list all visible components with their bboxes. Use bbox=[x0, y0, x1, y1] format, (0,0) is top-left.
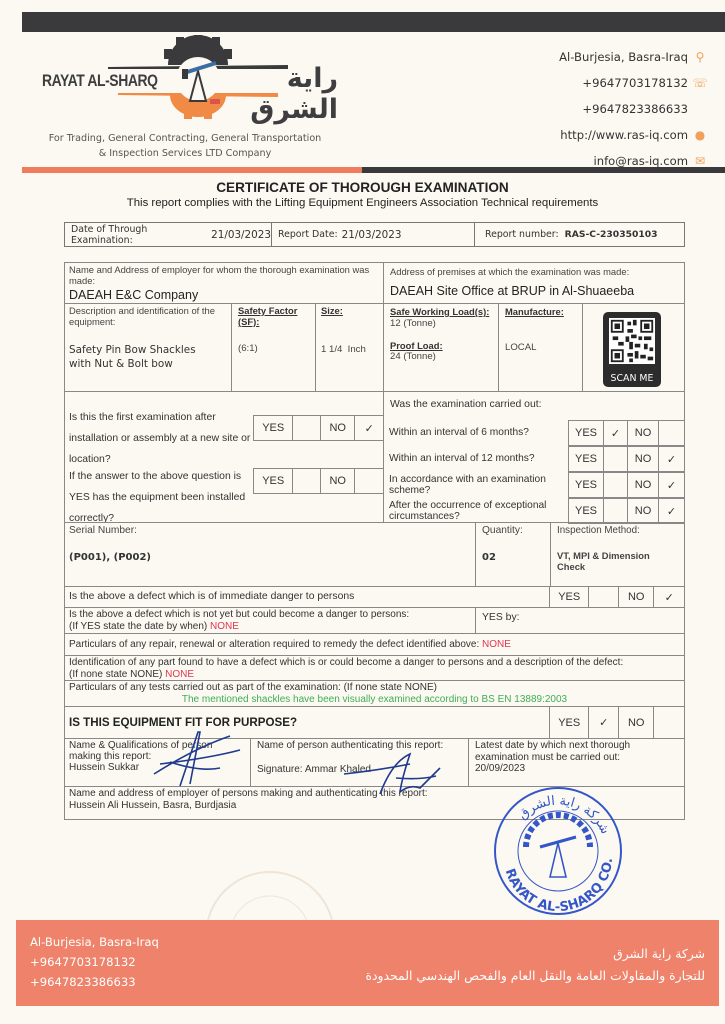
no-checkbox[interactable] bbox=[355, 469, 383, 493]
tests-row: Particulars of any tests carried out as … bbox=[64, 680, 685, 707]
no-label: NO bbox=[619, 707, 654, 738]
future-danger-value: NONE bbox=[210, 621, 239, 632]
certificate-subtitle: This report complies with the Lifting Eq… bbox=[0, 197, 725, 209]
phone-icon: ☏ bbox=[693, 76, 707, 90]
carried-out-question: In accordance with an examination scheme… bbox=[389, 472, 567, 498]
svg-text:RAYAT AL-SHARQ CO.: RAYAT AL-SHARQ CO. bbox=[502, 858, 616, 916]
no-label: NO bbox=[628, 473, 659, 497]
fit-for-purpose-answer: YES✓NO bbox=[549, 706, 685, 739]
immediate-danger-answer: YESNO✓ bbox=[549, 586, 685, 608]
yes-checkbox[interactable] bbox=[293, 416, 321, 440]
yes-label: YES bbox=[254, 416, 293, 440]
no-label: NO bbox=[619, 587, 654, 607]
safety-factor-cell: Safety Factor (SF): (6:1) bbox=[231, 303, 316, 392]
yes-checkbox[interactable] bbox=[604, 447, 628, 471]
yes-label: YES bbox=[569, 473, 604, 497]
contact-phone-1[interactable]: +9647703178132 bbox=[582, 76, 688, 90]
contact-address: Al-Burjesia, Basra-Iraq bbox=[559, 50, 688, 64]
top-bar bbox=[22, 12, 725, 32]
no-label: NO bbox=[628, 499, 659, 523]
footer-phone-2[interactable]: +9647823386633 bbox=[30, 972, 159, 992]
yes-checkbox[interactable] bbox=[604, 473, 628, 497]
yes-label: YES bbox=[569, 499, 604, 523]
contact-website[interactable]: http://www.ras-iq.com bbox=[560, 128, 688, 142]
description-value: Safety Pin Bow Shackles with Nut & Bolt … bbox=[65, 329, 215, 371]
certificate-title: CERTIFICATE OF THOROUGH EXAMINATION bbox=[0, 180, 725, 195]
signature-authenticator-icon bbox=[340, 748, 450, 798]
footer-address: Al-Burjesia, Basra-Iraq bbox=[30, 932, 159, 952]
scan-me-label: SCAN ME bbox=[603, 373, 661, 384]
next-exam-cell: Latest date by which next thorough exami… bbox=[468, 738, 685, 787]
serial-value: (P001), (P002) bbox=[69, 552, 151, 563]
yes-checkbox[interactable]: ✓ bbox=[589, 707, 619, 738]
report-date-cell: Report Date: 21/03/2023 bbox=[272, 223, 475, 246]
contact-email[interactable]: info@ras-iq.com bbox=[594, 154, 688, 168]
employer-cell: Name and Address of employer for whom th… bbox=[64, 262, 384, 304]
globe-icon: ● bbox=[693, 128, 707, 142]
signature-maker-icon bbox=[140, 728, 250, 790]
tagline-line-1: For Trading, General Contracting, Genera… bbox=[20, 131, 350, 146]
carried-out-question: Within an interval of 6 months? bbox=[389, 420, 567, 446]
employer-of-persons-value: Hussein Ali Hussein, Basra, Burdjasia bbox=[69, 800, 428, 812]
employer-value: DAEAH E&C Company bbox=[65, 288, 383, 302]
swl-value: 12 (Tonne) bbox=[384, 318, 498, 329]
repair-row: Particulars of any repair, renewal or al… bbox=[64, 633, 685, 656]
carried-out-question: After the occurrence of exceptional circ… bbox=[389, 498, 567, 524]
carried-out-question: Within an interval of 12 months? bbox=[389, 446, 567, 472]
envelope-icon: ✉ bbox=[693, 154, 707, 168]
footer-arabic-tagline: للتجارة والمقاولات العامة والنقل العام و… bbox=[366, 965, 705, 987]
logo-text-en: RAYAT AL-SHARQ bbox=[42, 71, 158, 91]
installed-correctly-answer: YESNO bbox=[253, 468, 384, 494]
no-checkbox[interactable] bbox=[654, 707, 684, 738]
no-label: NO bbox=[628, 421, 659, 445]
carried-out-answer: YESNO✓ bbox=[568, 446, 685, 472]
first-exam-cell: Is this the first examination after inst… bbox=[64, 391, 384, 523]
yes-checkbox[interactable] bbox=[293, 469, 321, 493]
future-danger-cell: Is the above a defect which is not yet b… bbox=[64, 607, 476, 634]
premises-value: DAEAH Site Office at BRUP in Al-Shuaeeba bbox=[384, 282, 684, 300]
load-cell: Safe Working Load(s): 12 (Tonne) Proof L… bbox=[383, 303, 499, 392]
no-checkbox[interactable]: ✓ bbox=[355, 416, 383, 440]
installed-correctly-question: If the answer to the above question is Y… bbox=[69, 466, 255, 529]
yes-label: YES bbox=[550, 587, 589, 607]
first-exam-answer: YESNO✓ bbox=[253, 415, 384, 441]
yes-label: YES bbox=[550, 707, 589, 738]
proof-load-value: 24 (Tonne) bbox=[384, 351, 498, 362]
carried-out-answer: YESNO✓ bbox=[568, 498, 685, 524]
part-defect-value: NONE bbox=[165, 669, 194, 680]
yes-by-cell: YES by: bbox=[475, 607, 685, 634]
no-checkbox[interactable]: ✓ bbox=[659, 473, 684, 497]
qr-code[interactable]: SCAN ME bbox=[603, 312, 661, 387]
no-checkbox[interactable]: ✓ bbox=[659, 499, 684, 523]
company-tagline: For Trading, General Contracting, Genera… bbox=[20, 131, 350, 161]
no-label: NO bbox=[321, 469, 355, 493]
size-value: 1 1/4 Inch bbox=[316, 319, 383, 355]
exam-date: 21/03/2023 bbox=[211, 229, 271, 241]
report-date: 21/03/2023 bbox=[342, 229, 402, 241]
repair-value: NONE bbox=[482, 639, 511, 650]
footer-arabic: شركة راية الشرق للتجارة والمقاولات العام… bbox=[366, 943, 705, 987]
next-exam-date: 20/09/2023 bbox=[475, 763, 630, 775]
manufacture-value: LOCAL bbox=[499, 321, 582, 353]
logo-text-ar: راية الشرق bbox=[226, 63, 338, 125]
no-label: NO bbox=[321, 416, 355, 440]
yes-checkbox[interactable] bbox=[589, 587, 619, 607]
divider-dark bbox=[362, 167, 725, 173]
footer-arabic-name: شركة راية الشرق bbox=[366, 943, 705, 965]
location-pin-icon: ⚲ bbox=[693, 50, 707, 64]
no-label: NO bbox=[628, 447, 659, 471]
size-cell: Size: 1 1/4 Inch bbox=[315, 303, 384, 392]
report-info-box: Date of Through Examination: 21/03/2023 … bbox=[64, 222, 685, 247]
tagline-line-2: & Inspection Services LTD Company bbox=[20, 146, 350, 161]
footer-contact: Al-Burjesia, Basra-Iraq +9647703178132 +… bbox=[30, 932, 159, 992]
no-checkbox[interactable]: ✓ bbox=[659, 447, 684, 471]
quantity-value: 02 bbox=[482, 552, 496, 563]
company-stamp: RAYAT AL-SHARQ CO. شركة راية الشرق bbox=[490, 785, 626, 917]
serial-cell: Serial Number: (P001), (P002) bbox=[64, 522, 476, 587]
yes-checkbox[interactable] bbox=[604, 499, 628, 523]
yes-label: YES bbox=[254, 469, 293, 493]
tests-value: The mentioned shackles have been visuall… bbox=[65, 694, 684, 705]
quantity-cell: Quantity: 02 bbox=[475, 522, 551, 587]
footer-phone-1[interactable]: +9647703178132 bbox=[30, 952, 159, 972]
report-number-cell: Report number: RAS-C-230350103 bbox=[475, 223, 684, 246]
part-defect-row: Identification of any part found to have… bbox=[64, 655, 685, 681]
contact-block: Al-Burjesia, Basra-Iraq⚲ +9647703178132☏… bbox=[559, 44, 707, 174]
carried-out-answer: YESNO✓ bbox=[568, 472, 685, 498]
premises-cell: Address of premises at which the examina… bbox=[383, 262, 685, 304]
company-logo: RAYAT AL-SHARQ راية الشرق bbox=[38, 35, 338, 120]
contact-phone-2[interactable]: +9647823386633 bbox=[582, 102, 688, 116]
yes-label: YES bbox=[569, 421, 604, 445]
yes-label: YES bbox=[569, 447, 604, 471]
no-checkbox[interactable] bbox=[659, 421, 684, 445]
manufacture-cell: Manufacture: LOCAL bbox=[498, 303, 583, 392]
description-cell: Description and identification of the eq… bbox=[64, 303, 232, 392]
first-exam-question: Is this the first examination after inst… bbox=[69, 407, 251, 470]
exam-date-cell: Date of Through Examination: 21/03/2023 bbox=[65, 223, 272, 246]
carried-out-answer: YES✓NO bbox=[568, 420, 685, 446]
inspection-method-value: VT, MPI & Dimension Check bbox=[557, 550, 677, 572]
no-checkbox[interactable]: ✓ bbox=[654, 587, 684, 607]
inspection-method-cell: Inspection Method: VT, MPI & Dimension C… bbox=[550, 522, 685, 587]
divider-orange bbox=[22, 167, 362, 173]
safety-factor-value: (6:1) bbox=[232, 329, 315, 354]
yes-checkbox[interactable]: ✓ bbox=[604, 421, 628, 445]
report-number: RAS-C-230350103 bbox=[565, 229, 658, 240]
qr-code-icon bbox=[609, 318, 655, 364]
